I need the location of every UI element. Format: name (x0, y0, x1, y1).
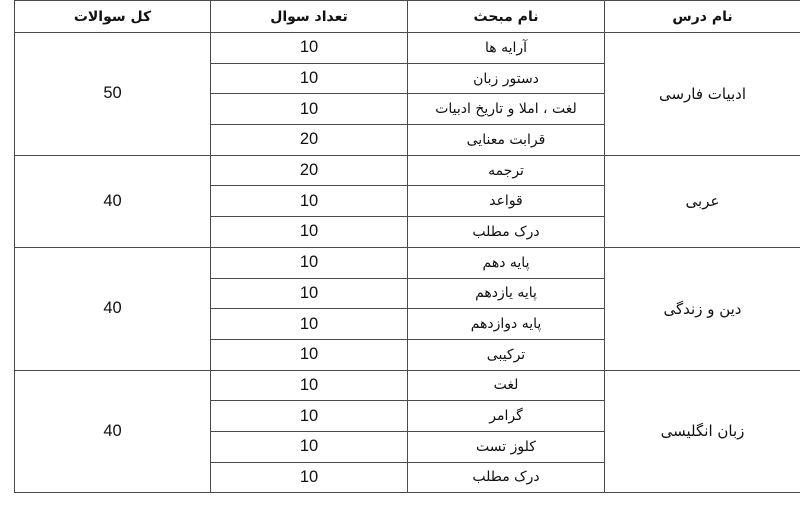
count-cell: 10 (211, 370, 408, 401)
exam-question-distribution-table: نام درس نام مبحث تعداد سوال کل سوالات اد… (14, 0, 800, 493)
table-row: زبان انگلیسی لغت 10 40 (15, 370, 800, 401)
count-cell: 10 (211, 186, 408, 217)
table-row: ادبیات فارسی آرایه ها 10 50 (15, 33, 800, 64)
header-course: نام درس (605, 1, 800, 33)
topic-cell: پایه یازدهم (408, 278, 605, 309)
topic-cell: درک مطلب (408, 462, 605, 493)
count-cell: 10 (211, 401, 408, 432)
header-count: تعداد سوال (211, 1, 408, 33)
count-cell: 10 (211, 339, 408, 370)
count-cell: 10 (211, 462, 408, 493)
topic-cell: قواعد (408, 186, 605, 217)
count-cell: 10 (211, 94, 408, 125)
topic-cell: دستور زبان (408, 63, 605, 94)
course-cell: زبان انگلیسی (605, 370, 800, 493)
course-cell: ادبیات فارسی (605, 33, 800, 156)
count-cell: 20 (211, 155, 408, 186)
count-cell: 10 (211, 278, 408, 309)
total-cell: 50 (15, 33, 211, 156)
count-cell: 10 (211, 309, 408, 340)
header-row: نام درس نام مبحث تعداد سوال کل سوالات (15, 1, 800, 33)
topic-cell: کلوز تست (408, 431, 605, 462)
topic-cell: ترکیبی (408, 339, 605, 370)
header-topic: نام مبحث (408, 1, 605, 33)
topic-cell: لغت ، املا و تاریخ ادبیات (408, 94, 605, 125)
topic-cell: پایه دهم (408, 247, 605, 278)
total-cell: 40 (15, 370, 211, 493)
count-cell: 10 (211, 33, 408, 64)
table-row: دین و زندگی پایه دهم 10 40 (15, 247, 800, 278)
topic-cell: پایه دوازدهم (408, 309, 605, 340)
total-cell: 40 (15, 155, 211, 247)
topic-cell: لغت (408, 370, 605, 401)
topic-cell: گرامر (408, 401, 605, 432)
count-cell: 10 (211, 63, 408, 94)
table-row: عربی ترجمه 20 40 (15, 155, 800, 186)
count-cell: 20 (211, 125, 408, 156)
total-cell: 40 (15, 247, 211, 370)
header-total: کل سوالات (15, 1, 211, 33)
count-cell: 10 (211, 217, 408, 248)
count-cell: 10 (211, 247, 408, 278)
course-cell: دین و زندگی (605, 247, 800, 370)
count-cell: 10 (211, 431, 408, 462)
topic-cell: درک مطلب (408, 217, 605, 248)
course-cell: عربی (605, 155, 800, 247)
topic-cell: آرایه ها (408, 33, 605, 64)
topic-cell: ترجمه (408, 155, 605, 186)
topic-cell: قرابت معنایی (408, 125, 605, 156)
